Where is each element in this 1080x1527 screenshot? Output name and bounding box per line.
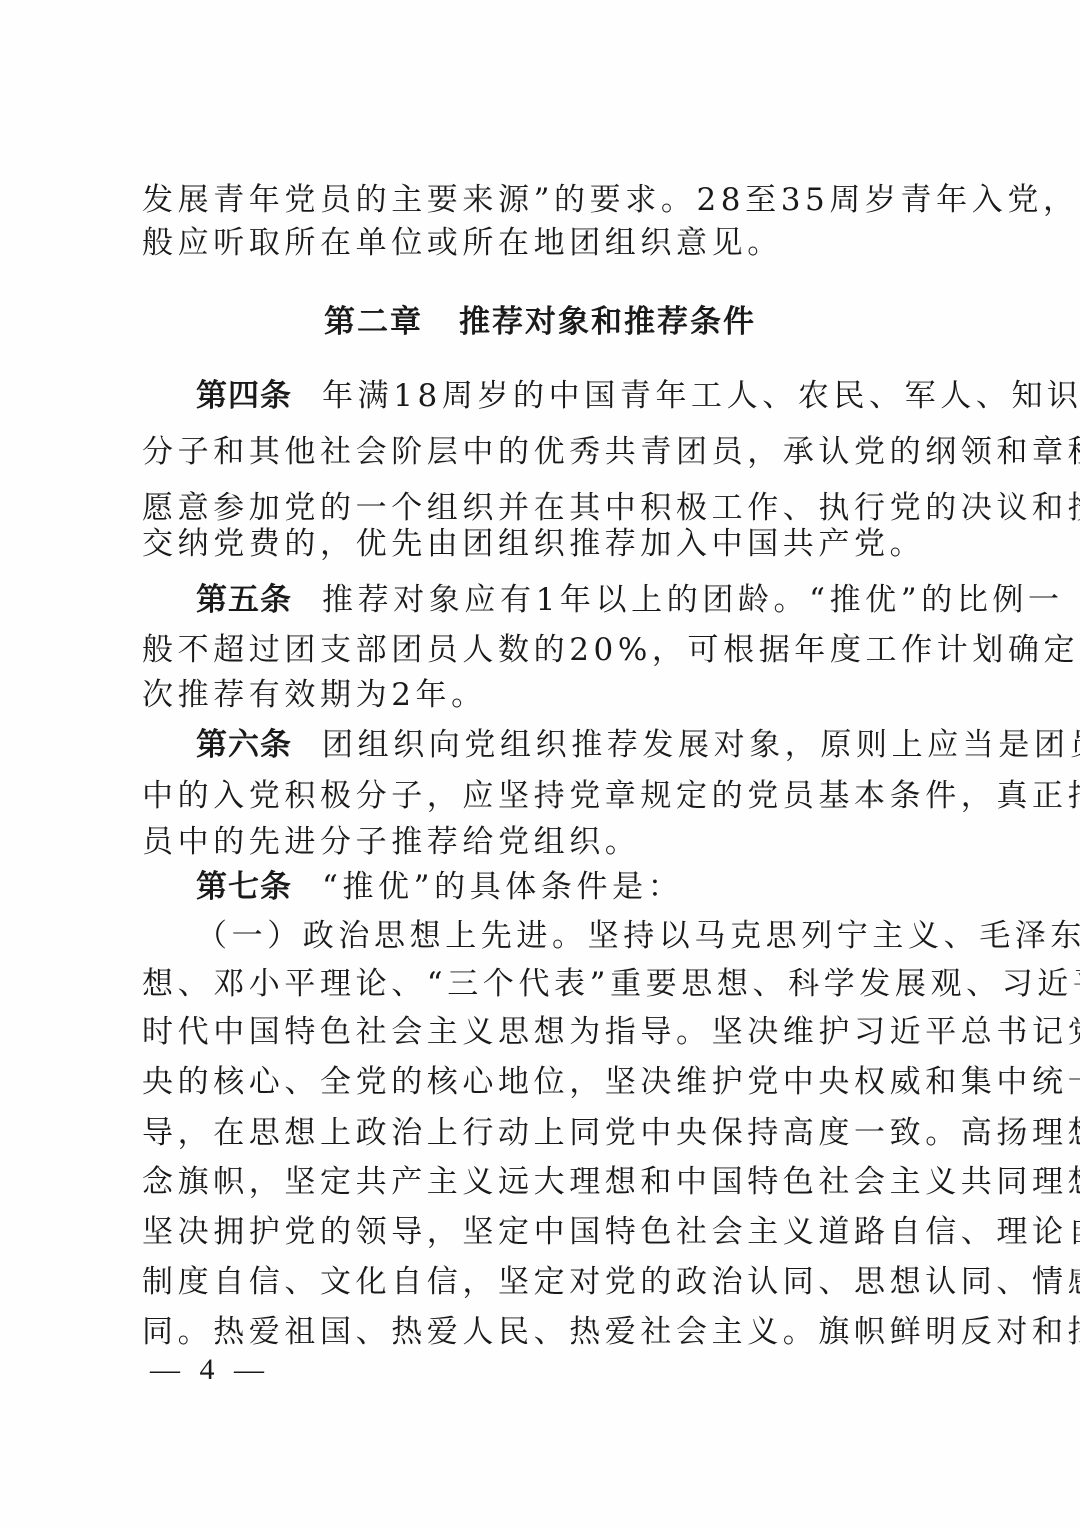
article-4-first-line: 第四条年满18周岁的中国青年工人、农民、军人、知识 [196,376,942,416]
paragraph-line: 央的核心、全党的核心地位，坚决维护党中央权威和集中统一领 [142,1062,942,1102]
paragraph-line: 发展青年党员的主要来源”的要求。28至35周岁青年入党，一 [142,180,942,220]
item-1-first-line: （一）政治思想上先进。坚持以马克思列宁主义、毛泽东思 [196,916,942,956]
page-number: — 4 — [150,1352,270,1388]
article-5-first-line: 第五条推荐对象应有1年以上的团龄。“推优”的比例一 [196,580,942,620]
article-text: 团组织向党组织推荐发展对象，原则上应当是团员 [322,727,1080,763]
paragraph-line: 分子和其他社会阶层中的优秀共青团员，承认党的纲领和章程， [142,432,942,472]
paragraph-line: 想、邓小平理论、“三个代表”重要思想、科学发展观、习近平新 [142,964,942,1004]
paragraph-line: 般不超过团支部团员人数的20%，可根据年度工作计划确定。每 [142,630,942,670]
chapter-number: 第二章 [324,304,423,340]
chapter-heading: 第二章推荐对象和推荐条件 [0,302,1080,342]
paragraph-line: 愿意参加党的一个组织并在其中积极工作、执行党的决议和按期 [142,488,942,528]
article-7-first-line: 第七条“推优”的具体条件是： [196,867,942,907]
article-label: 第六条 [196,727,292,763]
paragraph-line: 交纳党费的，优先由团组织推荐加入中国共产党。 [142,524,942,564]
paragraph-line: 中的入党积极分子，应坚持党章规定的党员基本条件，真正把团 [142,776,942,816]
paragraph-line: 坚决拥护党的领导，坚定中国特色社会主义道路自信、理论自信、 [142,1212,942,1252]
article-label: 第四条 [196,378,292,414]
paragraph-line: 员中的先进分子推荐给党组织。 [142,822,942,862]
article-text: 推荐对象应有1年以上的团龄。“推优”的比例一 [322,582,1064,618]
document-page: 发展青年党员的主要来源”的要求。28至35周岁青年入党，一 般应听取所在单位或所… [0,0,1080,1527]
paragraph-line: 次推荐有效期为2年。 [142,675,942,715]
paragraph-line: 时代中国特色社会主义思想为指导。坚决维护习近平总书记党中 [142,1012,942,1052]
article-label: 第七条 [196,869,292,905]
paragraph-line: 般应听取所在单位或所在地团组织意见。 [142,223,942,263]
article-label: 第五条 [196,582,292,618]
chapter-title: 推荐对象和推荐条件 [459,304,756,340]
paragraph-line: 导，在思想上政治上行动上同党中央保持高度一致。高扬理想信 [142,1113,942,1153]
paragraph-line: 制度自信、文化自信，坚定对党的政治认同、思想认同、情感认 [142,1262,942,1302]
paragraph-line: 念旗帜，坚定共产主义远大理想和中国特色社会主义共同理想， [142,1162,942,1202]
article-text: 年满18周岁的中国青年工人、农民、军人、知识 [322,378,1080,414]
paragraph-line: 同。热爱祖国、热爱人民、热爱社会主义。旗帜鲜明反对和抵制 [142,1312,942,1352]
article-text: “推优”的具体条件是： [322,869,683,905]
article-6-first-line: 第六条团组织向党组织推荐发展对象，原则上应当是团员 [196,725,942,765]
